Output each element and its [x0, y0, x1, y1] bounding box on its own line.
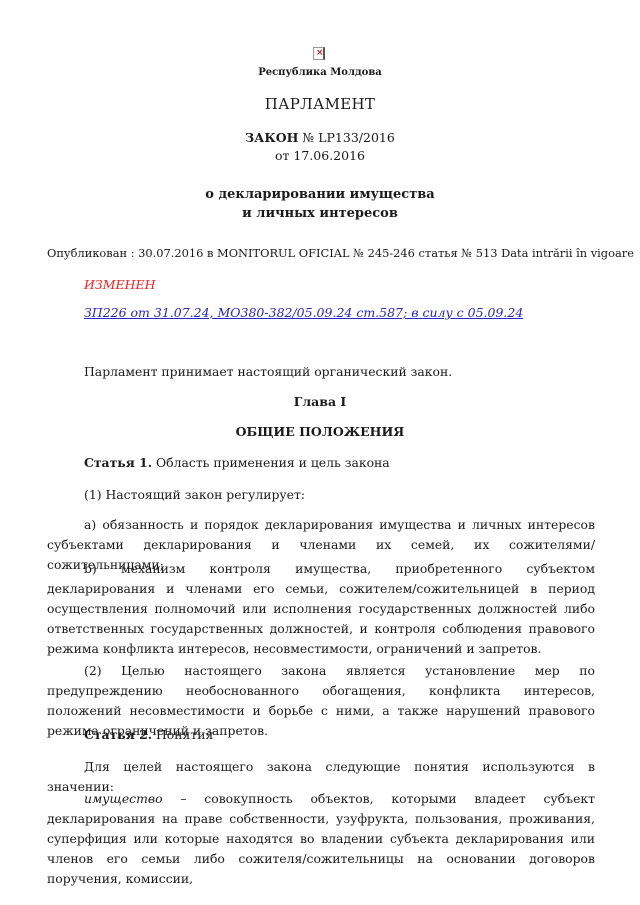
chapter-title: ОБЩИЕ ПОЛОЖЕНИЯ — [0, 424, 640, 439]
law-date: от 17.06.2016 — [0, 148, 640, 163]
law-document-page: × Республика Молдова ПАРЛАМЕНТ ЗАКОН № L… — [0, 0, 640, 905]
article-1-heading: Статья 1. Область применения и цель зако… — [47, 453, 595, 473]
law-title: ЗАКОН № LP133/2016 — [0, 130, 640, 145]
article-1-title: Область применения и цель закона — [152, 455, 390, 470]
publication-info: Опубликован : 30.07.2016 в MONITORUL OFI… — [47, 246, 634, 260]
article-1-paragraph-1: (1) Настоящий закон регулирует: — [47, 485, 595, 505]
article-1-item-b: b) механизм контроля имущества, приобрет… — [47, 559, 595, 659]
chapter-heading: Глава I — [0, 394, 640, 409]
law-number: № LP133/2016 — [302, 130, 394, 145]
country-name: Республика Молдова — [0, 67, 640, 78]
article-2-label: Статья 2. — [84, 727, 152, 742]
article-2-heading: Статья 2. Понятия — [47, 725, 595, 745]
defined-term: имущество — [84, 791, 163, 806]
intro-paragraph: Парламент принимает настоящий органическ… — [47, 362, 595, 382]
institution-name: ПАРЛАМЕНТ — [0, 95, 640, 113]
amendment-link[interactable]: ЗП226 от 31.07.24, МО380-382/05.09.24 ст… — [84, 305, 523, 320]
article-2-definition-property: имущество – совокупность объектов, котор… — [47, 789, 595, 889]
law-label: ЗАКОН — [245, 130, 298, 145]
broken-image-icon: × — [313, 47, 325, 60]
article-2-title: Понятия — [152, 727, 213, 742]
law-subject-line-2: и личных интересов — [0, 206, 640, 221]
article-1-label: Статья 1. — [84, 455, 152, 470]
amendment-status: ИЗМЕНЕН — [84, 277, 156, 292]
law-subject-line-1: о декларировании имущества — [0, 187, 640, 202]
